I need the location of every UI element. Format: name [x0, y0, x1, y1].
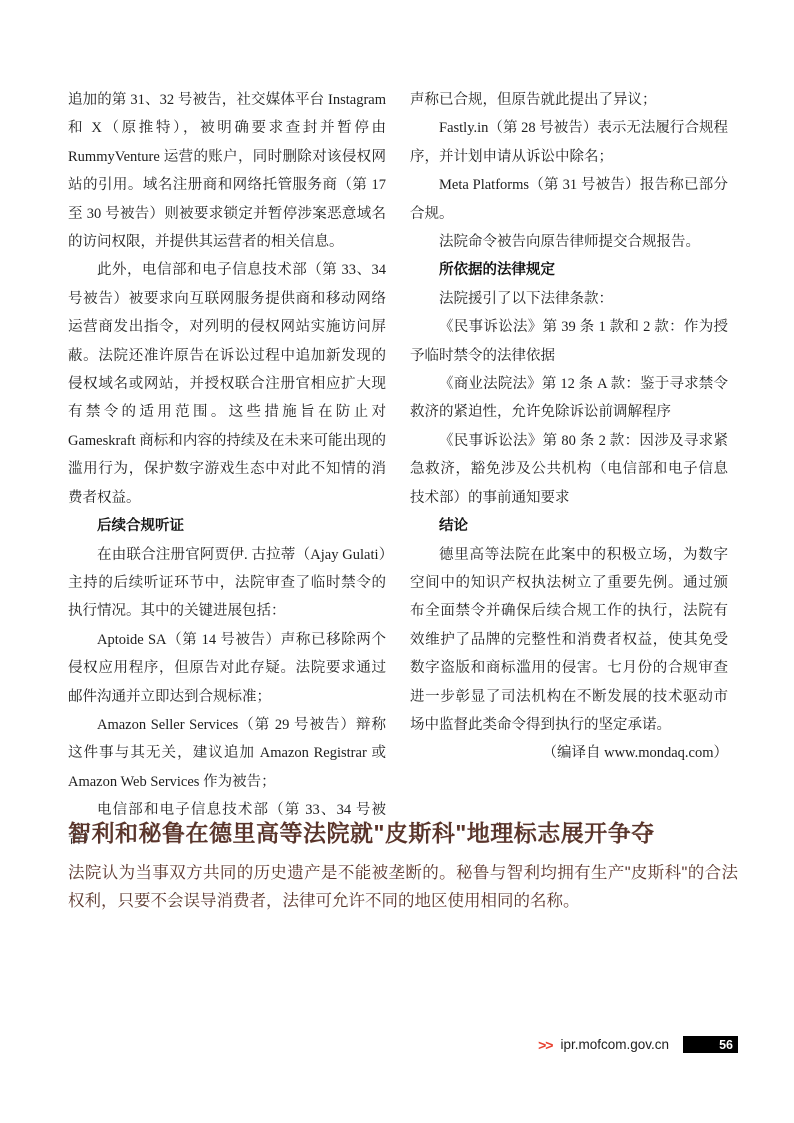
document-page: 追加的第 31、32 号被告，社交媒体平台 Instagram 和 X（原推特）… [0, 0, 794, 1123]
next-article-deck: 法院认为当事双方共同的历史遗产是不能被垄断的。秘鲁与智利均拥有生产"皮斯科"的合… [68, 860, 738, 915]
page-number-badge: 56 [683, 1036, 738, 1053]
paragraph: 《民事诉讼法》第 39 条 1 款和 2 款：作为授予临时禁令的法律依据 [410, 313, 728, 370]
paragraph: Aptoide SA（第 14 号被告）声称已移除两个侵权应用程序，但原告对此存… [68, 626, 386, 711]
section-heading: 所依据的法律规定 [410, 256, 728, 284]
double-chevron-right-icon: >> [538, 1037, 552, 1053]
paragraph: Amazon Seller Services（第 29 号被告）辩称这件事与其无… [68, 711, 386, 796]
paragraph: 《商业法院法》第 12 条 A 款：鉴于寻求禁令救济的紧迫性，允许免除诉讼前调解… [410, 370, 728, 427]
paragraph: 德里高等法院在此案中的积极立场，为数字空间中的知识产权执法树立了重要先例。通过颁… [410, 541, 728, 740]
paragraph: Meta Platforms（第 31 号被告）报告称已部分合规。 [410, 171, 728, 228]
article-body: 追加的第 31、32 号被告，社交媒体平台 Instagram 和 X（原推特）… [68, 86, 728, 853]
paragraph: 《民事诉讼法》第 80 条 2 款：因涉及寻求紧急救济，豁免涉及公共机构（电信部… [410, 427, 728, 512]
next-article-title: 智利和秘鲁在德里高等法院就"皮斯科"地理标志展开争夺 [68, 816, 738, 850]
section-heading: 结论 [410, 512, 728, 540]
paragraph: Fastly.in（第 28 号被告）表示无法履行合规程序，并计划申请从诉讼中除… [410, 114, 728, 171]
source-attribution: （编译自 www.mondaq.com） [410, 739, 728, 767]
paragraph: 在由联合注册官阿贾伊. 古拉蒂（Ajay Gulati）主持的后续听证环节中，法… [68, 541, 386, 626]
paragraph: 声称已合规，但原告就此提出了异议； [410, 86, 728, 114]
paragraph: 追加的第 31、32 号被告，社交媒体平台 Instagram 和 X（原推特）… [68, 86, 386, 256]
column-left: 追加的第 31、32 号被告，社交媒体平台 Instagram 和 X（原推特）… [68, 86, 386, 853]
site-url: ipr.mofcom.gov.cn [560, 1037, 669, 1052]
page-footer: >> ipr.mofcom.gov.cn 56 [538, 1036, 738, 1053]
paragraph: 法院命令被告向原告律师提交合规报告。 [410, 228, 728, 256]
paragraph: 此外，电信部和电子信息技术部（第 33、34 号被告）被要求向互联网服务提供商和… [68, 256, 386, 512]
column-right: 声称已合规，但原告就此提出了异议； Fastly.in（第 28 号被告）表示无… [410, 86, 728, 853]
paragraph: 法院援引了以下法律条款： [410, 285, 728, 313]
section-heading: 后续合规听证 [68, 512, 386, 540]
